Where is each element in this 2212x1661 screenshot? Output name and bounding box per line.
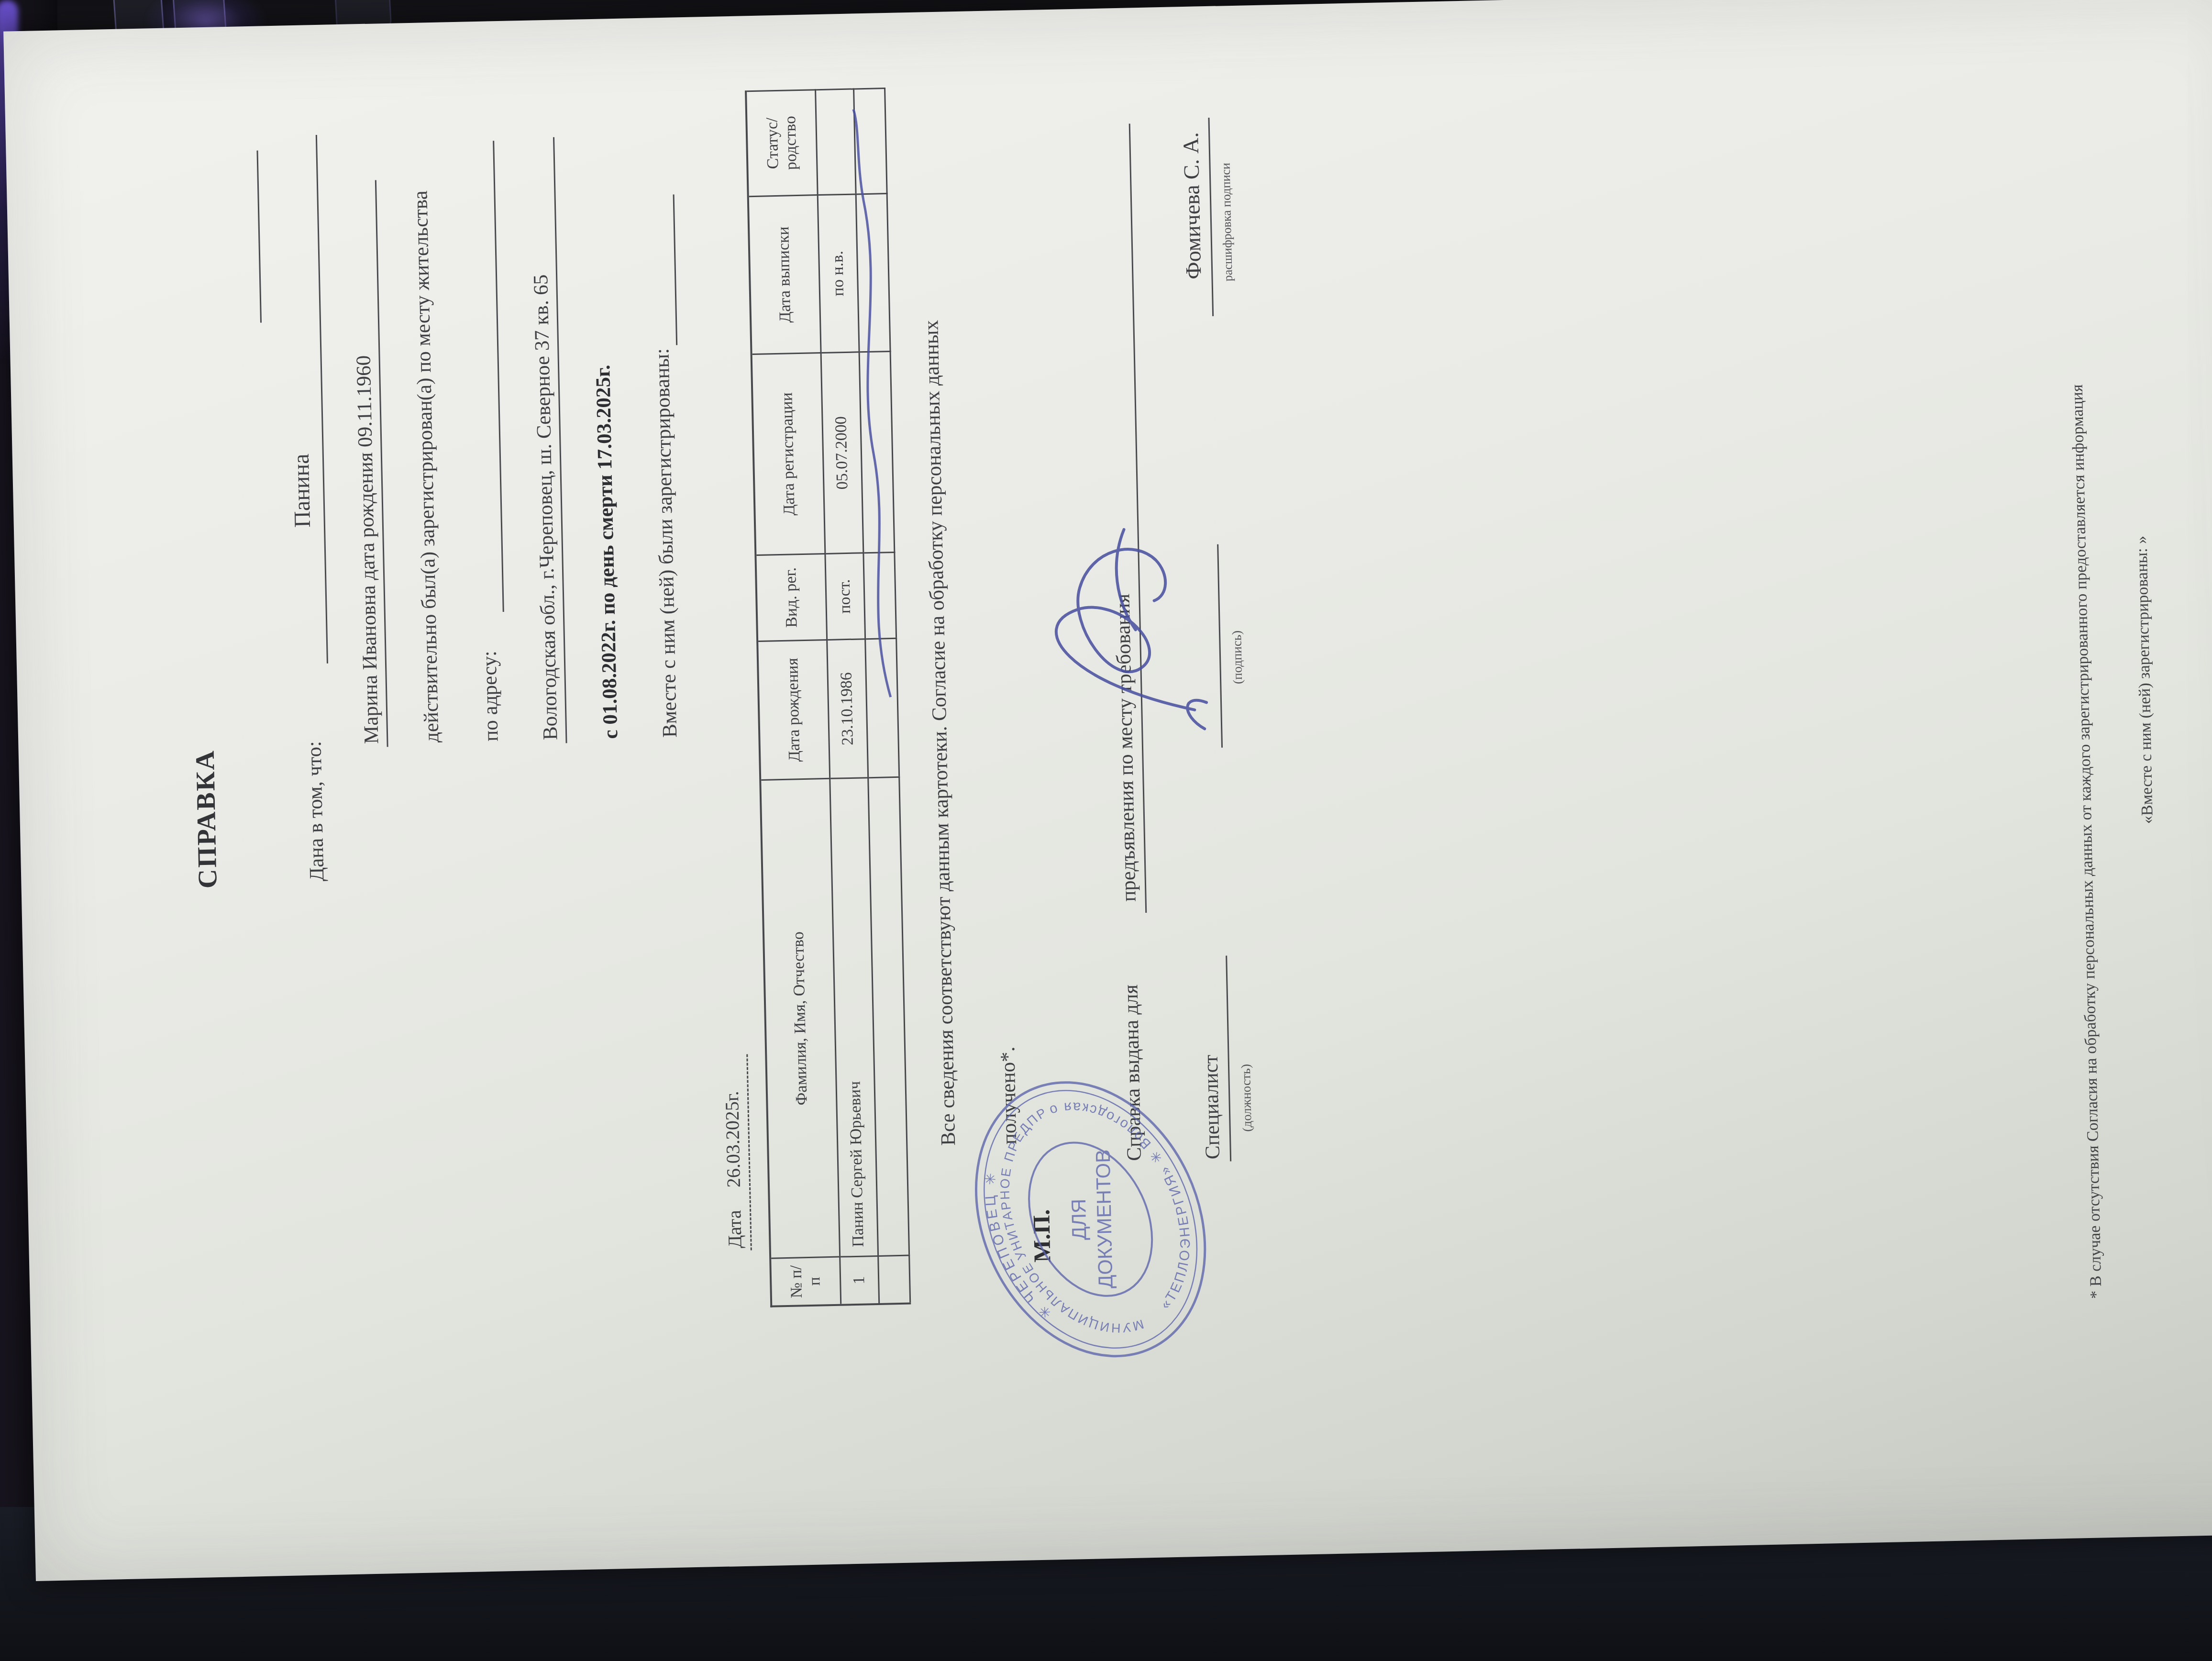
together-line: Вместе с ним (ней) были зарегистрированы… [650, 348, 682, 738]
table-header-outdate: Дата выписки [749, 194, 822, 354]
ruled-line [316, 135, 328, 664]
address-label: по адресу: [477, 651, 503, 742]
registered-line: действительно был(а) зарегистрирован(а) … [409, 190, 443, 743]
name-caption: расшифровка подписи [1218, 163, 1235, 282]
given-line-label: Дана в том, что: [302, 741, 329, 882]
dashed-ruled-line [746, 1054, 752, 1251]
signature-caption: (подпись) [1229, 631, 1245, 685]
photo-of-document: СПРАВКА Дана в том, что: Панина Марина И… [0, 0, 2212, 1661]
date-value: 26.03.2025г. [720, 1091, 745, 1188]
stamp-center-line1: ДЛЯ [1067, 1199, 1091, 1240]
date-label: Дата [723, 1210, 746, 1249]
page-title: СПРАВКА [190, 749, 223, 889]
table-header-birth: Дата рождения [758, 639, 830, 779]
specialist-label: Специалист [1199, 1054, 1225, 1160]
table-empty-cell [879, 1255, 911, 1303]
registration-period-line: с 01.08.2022г. по день смерти 17.03.2025… [591, 365, 622, 739]
ruled-line [256, 151, 262, 323]
ruled-line [1217, 544, 1223, 748]
table-header-fio: Фамилия, Имя, Отчество [761, 778, 841, 1258]
table-header-regdate: Дата регистрации [752, 352, 826, 554]
ruled-line [1226, 956, 1231, 1162]
footnote-line2: «Вместе с ним (ней) зарегистрированы: » [2133, 536, 2157, 824]
stamp-center-line2: ДОКУМЕНТОВ [1092, 1149, 1117, 1288]
signer-name: Фомичева С. А. [1178, 132, 1206, 279]
surname-value: Панина [288, 454, 316, 528]
confirmation-line1: Все сведения соответствуют данным картот… [919, 320, 960, 1146]
ruled-line [493, 141, 504, 612]
position-caption: (должность) [1239, 1064, 1255, 1132]
table-header-num: № п/п [771, 1256, 841, 1306]
handwritten-signature [1008, 494, 1215, 747]
name-dob-line: Марина Ивановна дата рождения 09.11.1960 [352, 355, 383, 744]
certificate-sheet: СПРАВКА Дана в том, что: Панина Марина И… [3, 0, 2212, 1581]
table-cell-num: 1 [841, 1255, 880, 1304]
table-header-regtype: Вид. рег. [756, 553, 828, 641]
footnote-line1: * В случае отсутствия Согласия на обрабо… [2068, 384, 2106, 1299]
table-header-status: Статус/ родство [747, 89, 818, 196]
ruled-line [673, 194, 678, 345]
ruled-line [1208, 118, 1214, 316]
